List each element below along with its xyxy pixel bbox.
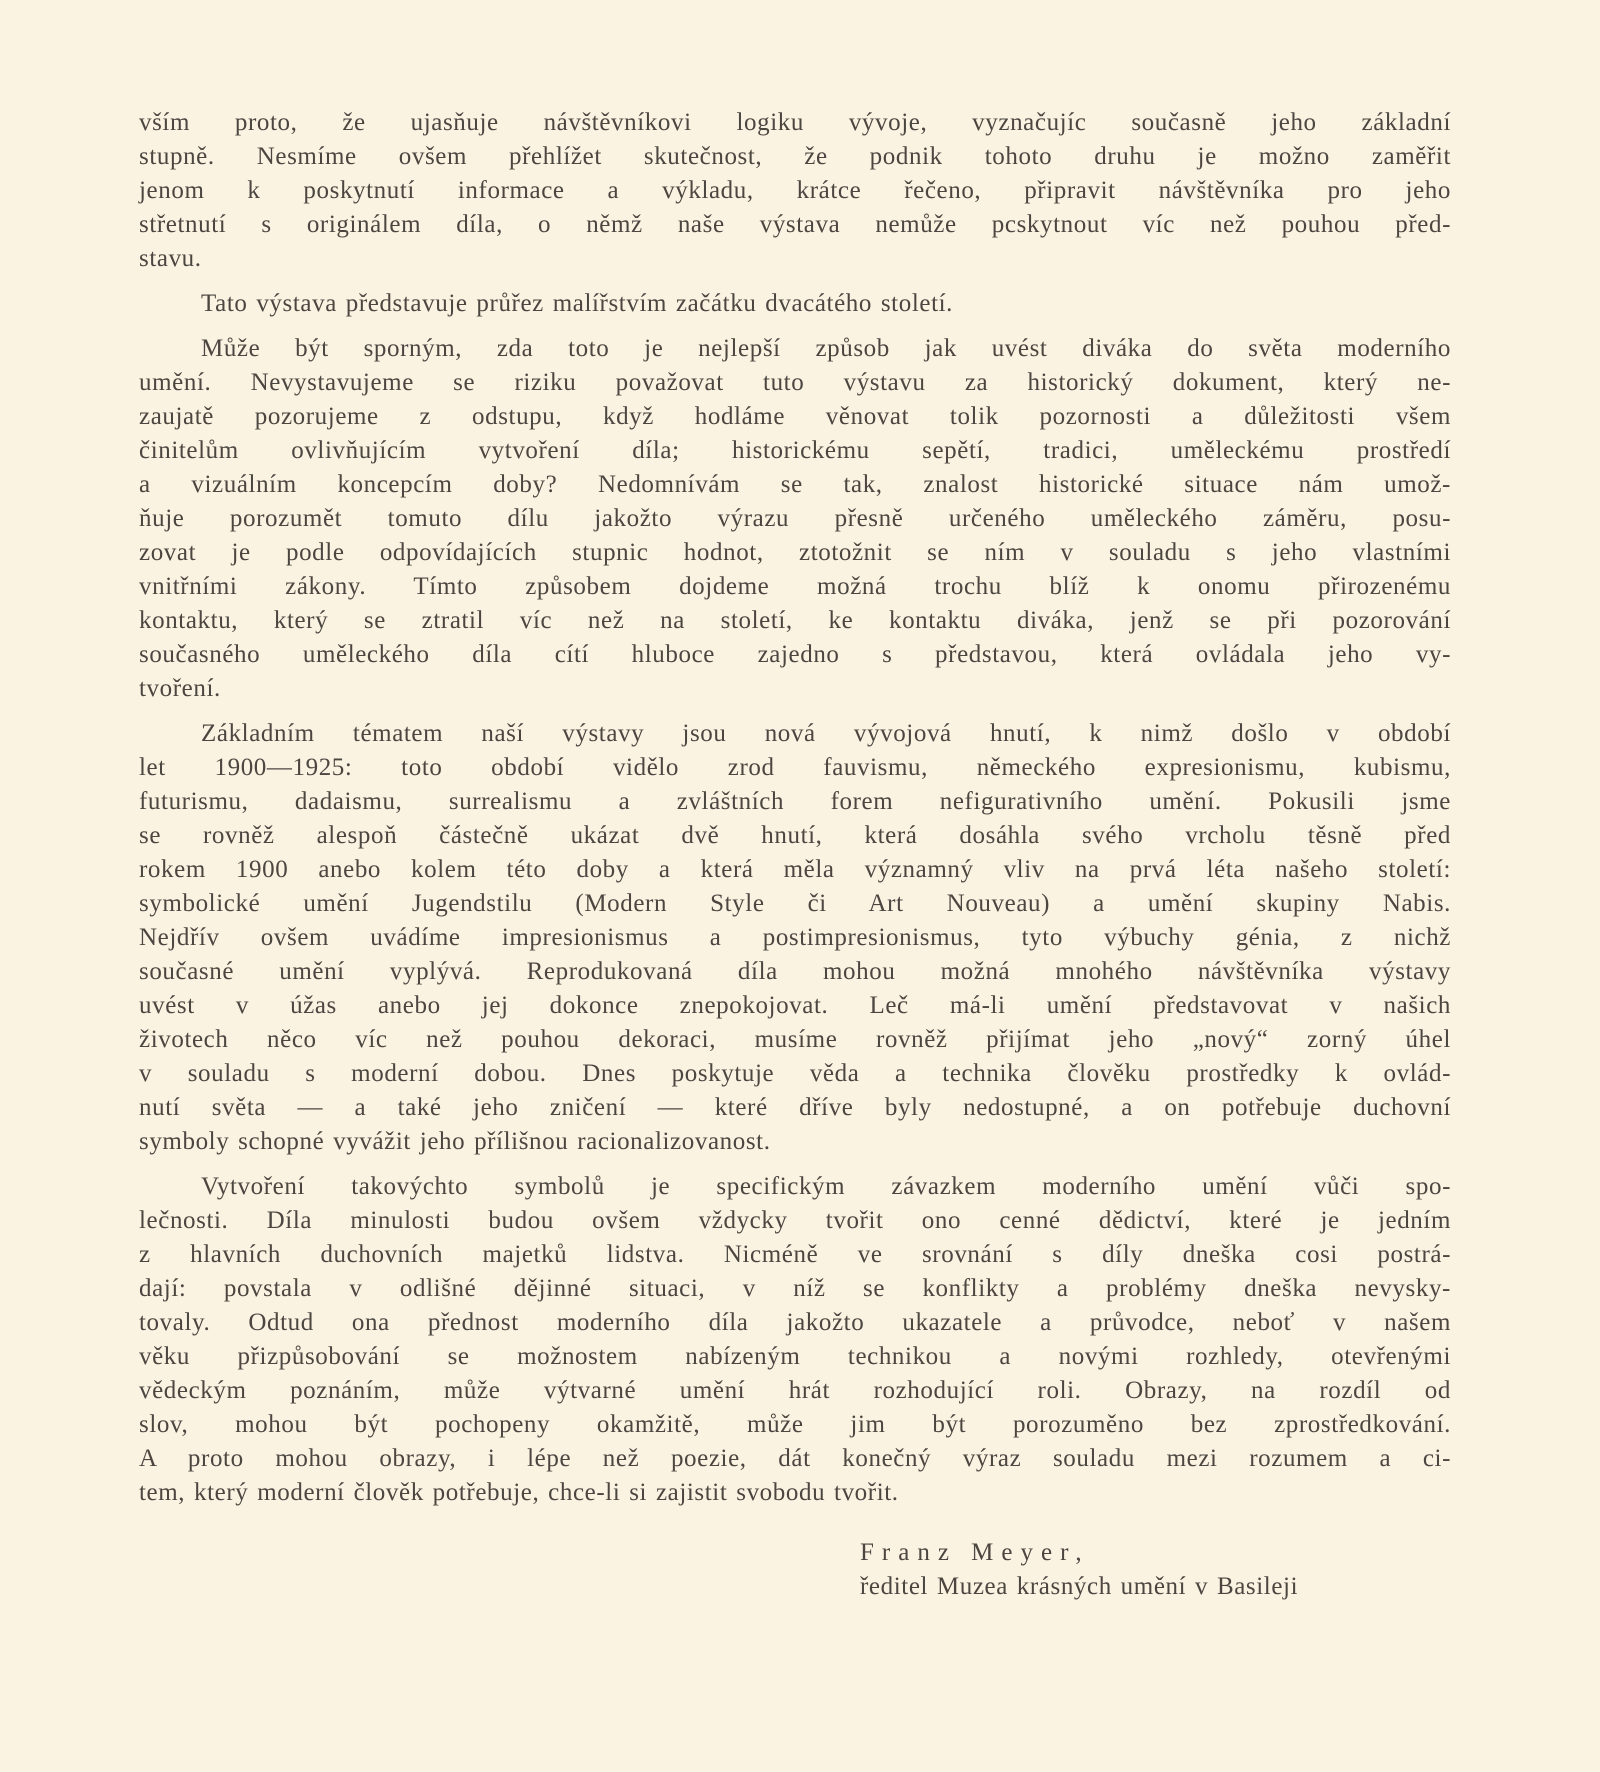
- signature-block: Franz Meyer, ředitel Muzea krásných uměn…: [860, 1536, 1298, 1604]
- text-line: ňuje porozumět tomuto dílu jakožto výraz…: [139, 502, 1451, 536]
- text-line: stavu.: [139, 242, 1451, 276]
- text-line: let 1900—1925: toto období vidělo zrod f…: [139, 751, 1451, 785]
- text-line: Nejdřív ovšem uvádíme impresionismus a p…: [139, 921, 1451, 955]
- paragraph: Tato výstava představuje průřez malířstv…: [139, 287, 1451, 321]
- text-line: současné umění vyplývá. Reprodukovaná dí…: [139, 955, 1451, 989]
- text-line: rokem 1900 anebo kolem této doby a která…: [139, 853, 1451, 887]
- text-line: stupně. Nesmíme ovšem přehlížet skutečno…: [139, 140, 1451, 174]
- text-line: kontaktu, který se ztratil víc než na st…: [139, 604, 1451, 638]
- text-line: z hlavních duchovních majetků lidstva. N…: [139, 1238, 1451, 1272]
- text-line: věku přizpůsobování se možnostem nabízen…: [139, 1340, 1451, 1374]
- text-line: zaujatě pozorujeme z odstupu, když hodlá…: [139, 400, 1451, 434]
- text-line: tovaly. Odtud ona přednost moderního díl…: [139, 1306, 1451, 1340]
- text-line: střetnutí s originálem díla, o němž naše…: [139, 208, 1451, 242]
- text-line: Může být sporným, zda toto je nejlepší z…: [139, 332, 1451, 366]
- text-line: tem, který moderní člověk potřebuje, chc…: [139, 1476, 1451, 1510]
- text-line: vnitřními zákony. Tímto způsobem dojdeme…: [139, 570, 1451, 604]
- text-line: futurismu, dadaismu, surrealismu a zvláš…: [139, 785, 1451, 819]
- text-line: vědeckým poznáním, může výtvarné umění h…: [139, 1374, 1451, 1408]
- text-line: jenom k poskytnutí informace a výkladu, …: [139, 174, 1451, 208]
- text-line: nutí světa — a také jeho zničení — které…: [139, 1091, 1451, 1125]
- text-line: symboly schopné vyvážit jeho přílišnou r…: [139, 1125, 1451, 1159]
- paragraph: Základním tématem naší výstavy jsou nová…: [139, 717, 1451, 1159]
- text-line: životech něco víc než pouhou dekoraci, m…: [139, 1023, 1451, 1057]
- text-line: lečnosti. Díla minulosti budou ovšem vžd…: [139, 1204, 1451, 1238]
- paragraph: vším proto, že ujasňuje návštěvníkovi lo…: [139, 106, 1451, 276]
- text-line: zovat je podle odpovídajících stupnic ho…: [139, 536, 1451, 570]
- signature-name: Franz Meyer,: [860, 1536, 1298, 1570]
- text-line: se rovněž alespoň částečně ukázat dvě hn…: [139, 819, 1451, 853]
- text-line: a vizuálním koncepcím doby? Nedomnívám s…: [139, 468, 1451, 502]
- text-line: Vytvoření takovýchto symbolů je specific…: [139, 1170, 1451, 1204]
- text-line: Tato výstava představuje průřez malířstv…: [139, 287, 1451, 321]
- signature-role: ředitel Muzea krásných umění v Basileji: [860, 1570, 1298, 1604]
- paragraph: Může být sporným, zda toto je nejlepší z…: [139, 332, 1451, 706]
- text-line: umění. Nevystavujeme se riziku považovat…: [139, 366, 1451, 400]
- text-line: A proto mohou obrazy, i lépe než poezie,…: [139, 1442, 1451, 1476]
- text-line: slov, mohou být pochopeny okamžitě, může…: [139, 1408, 1451, 1442]
- document-body: vším proto, že ujasňuje návštěvníkovi lo…: [139, 106, 1451, 1510]
- text-line: Základním tématem naší výstavy jsou nová…: [139, 717, 1451, 751]
- text-line: v souladu s moderní dobou. Dnes poskytuj…: [139, 1057, 1451, 1091]
- text-line: činitelům ovlivňujícím vytvoření díla; h…: [139, 434, 1451, 468]
- text-line: současného uměleckého díla cítí hluboce …: [139, 638, 1451, 672]
- text-line: symbolické umění Jugendstilu (Modern Sty…: [139, 887, 1451, 921]
- text-line: uvést v úžas anebo jej dokonce znepokojo…: [139, 989, 1451, 1023]
- text-line: vším proto, že ujasňuje návštěvníkovi lo…: [139, 106, 1451, 140]
- paragraph: Vytvoření takovýchto symbolů je specific…: [139, 1170, 1451, 1510]
- text-line: dají: povstala v odlišné dějinné situaci…: [139, 1272, 1451, 1306]
- text-line: tvoření.: [139, 672, 1451, 706]
